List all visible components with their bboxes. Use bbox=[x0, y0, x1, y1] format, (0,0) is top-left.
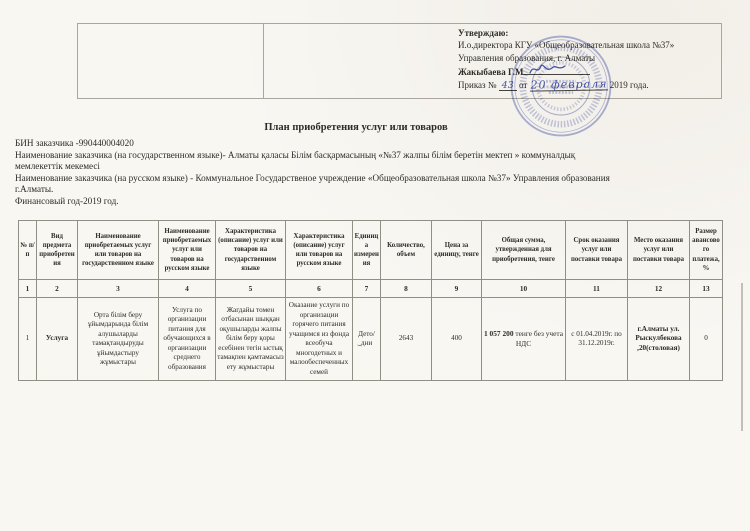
header-desc-ru: Характеристика (описание) услуг или това… bbox=[286, 221, 353, 280]
col-number: 10 bbox=[482, 280, 566, 298]
col-number: 3 bbox=[78, 280, 159, 298]
header-name-kz: Наименование приобретаемых услуг или тов… bbox=[78, 221, 159, 280]
col-number: 13 bbox=[690, 280, 723, 298]
approval-box-empty-cell bbox=[78, 24, 264, 98]
total-amount: 1 057 200 bbox=[484, 329, 514, 338]
order-year: 2019 года. bbox=[610, 80, 649, 90]
cell-quantity: 2643 bbox=[381, 298, 432, 381]
cell-name-ru: Услуга по организации питания для обучаю… bbox=[159, 298, 216, 381]
col-number: 5 bbox=[216, 280, 286, 298]
customer-info: БИН заказчика -990440004020 Наименование… bbox=[15, 138, 747, 208]
header-unit-price: Цена за единицу, тенге bbox=[432, 221, 482, 280]
cell-desc-ru: Оказание услуги по организации горячего … bbox=[286, 298, 353, 381]
cell-desc-kz: Жагдайы томен отбасынан шыққан оқушылард… bbox=[216, 298, 286, 381]
approval-label: Утверждаю: bbox=[458, 27, 719, 39]
approval-text-block: Утверждаю: И.о.директора КГУ «Общеобразо… bbox=[264, 24, 721, 98]
document-title: План приобретения услуг или товаров bbox=[0, 122, 712, 133]
header-quantity: Количество, объем bbox=[381, 221, 432, 280]
order-date-handwritten: 20 февраля bbox=[529, 79, 607, 91]
approval-director-line: И.о.директора КГУ «Общеобразовательная ш… bbox=[458, 39, 719, 51]
total-suffix: тенге без учета НДС bbox=[514, 329, 563, 348]
customer-name-ru-line2: г.Алматы. bbox=[15, 184, 747, 196]
cell-name-kz: Орта білім беру ұйымдарында білім алушыл… bbox=[78, 298, 159, 381]
approval-box: Утверждаю: И.о.директора КГУ «Общеобразо… bbox=[77, 23, 722, 99]
order-from: от bbox=[519, 80, 527, 90]
col-number: 6 bbox=[286, 280, 353, 298]
header-advance: Размер авансового платежа, % bbox=[690, 221, 723, 280]
approval-signer-line: Жакыбаева Г.М bbox=[458, 64, 719, 78]
order-number-handwritten: 43 bbox=[499, 81, 517, 91]
header-unit: Единица измерения bbox=[353, 221, 381, 280]
cell-total: 1 057 200 тенге без учета НДС bbox=[482, 298, 566, 381]
signer-name: Жакыбаева Г.М bbox=[458, 67, 523, 77]
header-name-ru: Наименование приобретаемых услуг или тов… bbox=[159, 221, 216, 280]
header-num: № п/п bbox=[19, 221, 37, 280]
cell-unit: Дето/ дни bbox=[353, 298, 381, 381]
col-number: 9 bbox=[432, 280, 482, 298]
fiscal-year-line: Финансовый год-2019 год. bbox=[15, 196, 747, 208]
page-edge-scan-artifact bbox=[741, 283, 743, 431]
col-number: 11 bbox=[566, 280, 628, 298]
signature-line bbox=[523, 64, 590, 75]
procurement-plan-table: № п/п Вид предмета приобретения Наименов… bbox=[18, 220, 723, 381]
cell-place: г.Алматы ул. Рыскулбекова ,20(столовая) bbox=[628, 298, 690, 381]
header-desc-kz: Характеристика (описание) услуг или това… bbox=[216, 221, 286, 280]
col-number: 12 bbox=[628, 280, 690, 298]
order-prefix: Приказ № bbox=[458, 80, 496, 90]
bin-line: БИН заказчика -990440004020 bbox=[15, 138, 747, 150]
cell-period: с 01.04.2019г. по 31.12.2019г. bbox=[566, 298, 628, 381]
header-kind: Вид предмета приобретения bbox=[37, 221, 78, 280]
column-number-row: 1 2 3 4 5 6 7 8 9 10 11 12 13 bbox=[19, 280, 723, 298]
approval-department-line: Управления образования, г. Алматы bbox=[458, 52, 719, 64]
col-number: 2 bbox=[37, 280, 78, 298]
cell-kind: Услуга bbox=[37, 298, 78, 381]
col-number: 1 bbox=[19, 280, 37, 298]
table-row: 1 Услуга Орта білім беру ұйымдарында біл… bbox=[19, 298, 723, 381]
scanned-procurement-plan-page: Утверждаю: И.о.директора КГУ «Общеобразо… bbox=[0, 0, 750, 531]
cell-unit-price: 400 bbox=[432, 298, 482, 381]
cell-num: 1 bbox=[19, 298, 37, 381]
table-header-row: № п/п Вид предмета приобретения Наименов… bbox=[19, 221, 723, 280]
header-period: Срок оказания услуг или поставки товара bbox=[566, 221, 628, 280]
col-number: 7 bbox=[353, 280, 381, 298]
customer-name-kz-line1: Наименование заказчика (на государственн… bbox=[15, 150, 747, 162]
col-number: 8 bbox=[381, 280, 432, 298]
signature-icon bbox=[527, 60, 569, 78]
approval-order-line: Приказ № 43 от 20 февраля 2019 года. bbox=[458, 79, 719, 91]
col-number: 4 bbox=[159, 280, 216, 298]
cell-advance: 0 bbox=[690, 298, 723, 381]
customer-name-kz-line2: мемлекеттік мекемесі bbox=[15, 161, 747, 173]
header-total: Общая сумма, утвержденная для приобретен… bbox=[482, 221, 566, 280]
header-place: Место оказания услуг или поставки товара bbox=[628, 221, 690, 280]
customer-name-ru-line1: Наименование заказчика (на русском языке… bbox=[15, 173, 747, 185]
